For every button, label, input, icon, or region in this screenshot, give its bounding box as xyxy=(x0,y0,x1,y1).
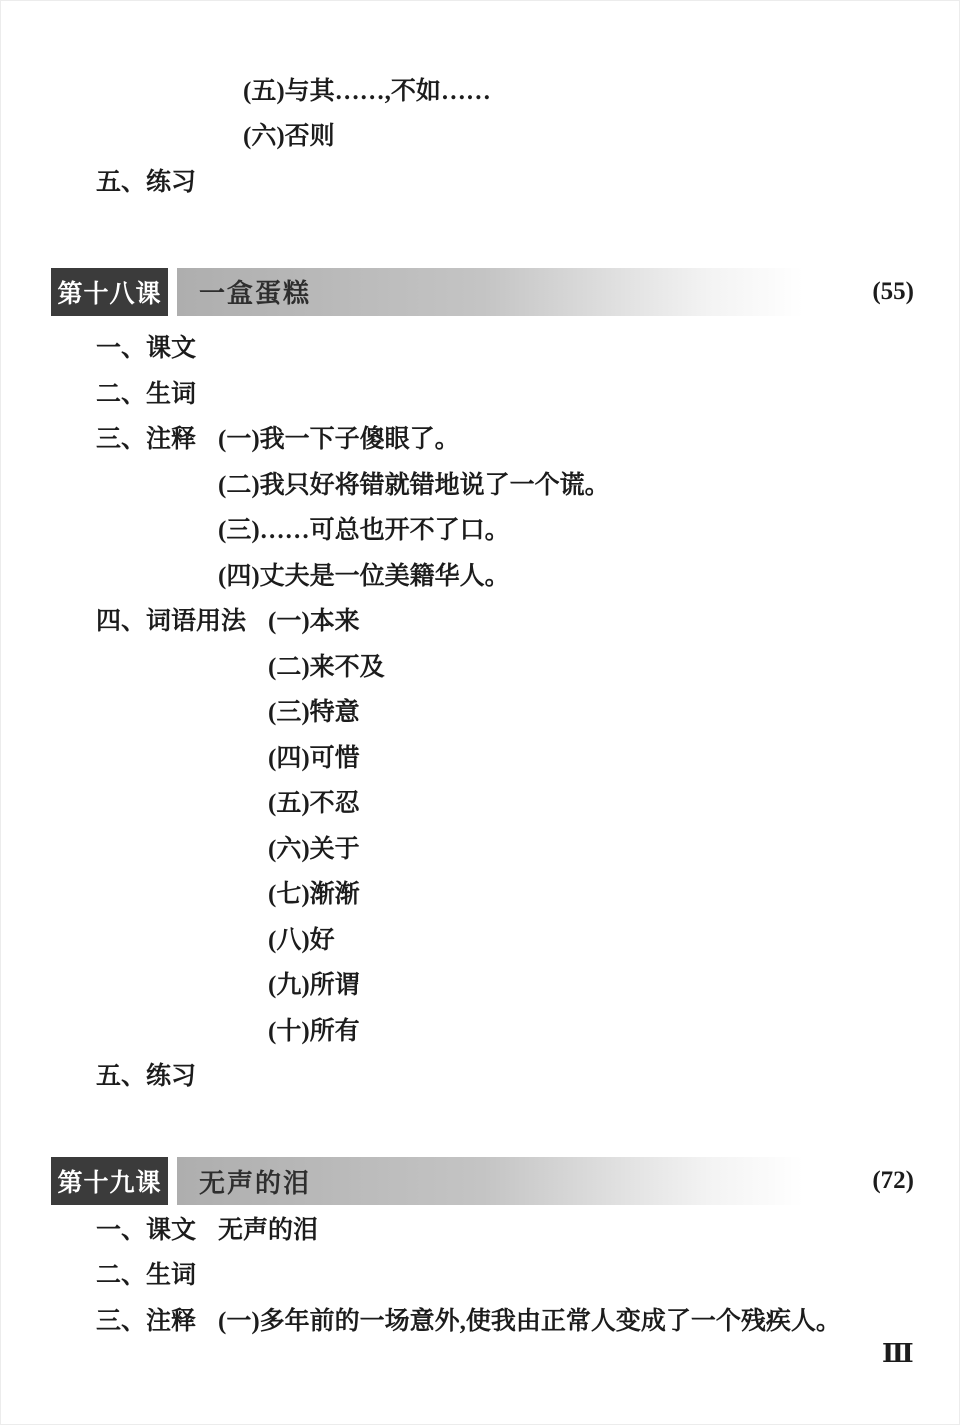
lesson18-title: 一盒蛋糕 xyxy=(199,273,311,310)
toc-page: (五)与其……,不如…… (六)否则 五、练习 第十八课 一盒蛋糕 (55) 一… xyxy=(0,0,960,1425)
notes-label: 三、注释 xyxy=(96,1301,218,1337)
toc-subentry: (三)特意 xyxy=(268,688,959,734)
toc-subentry: (四)丈夫是一位美籍华人。 xyxy=(218,551,959,597)
toc-subentry: (一)多年前的一场意外,使我由正常人变成了一个残疾人。 xyxy=(218,1301,841,1337)
toc-entry-text: 一、课文 xyxy=(96,324,959,370)
toc-subentry: (一)我一下子傻眼了。 xyxy=(218,419,460,455)
lesson19-text-title: 无声的泪 xyxy=(218,1210,318,1246)
toc-subentry: (二)来不及 xyxy=(268,642,959,688)
toc-subentry: (十)所有 xyxy=(268,1006,959,1052)
lesson18-header: 第十八课 一盒蛋糕 (55) xyxy=(1,268,959,316)
toc-entry-notes: 三、注释 (一)多年前的一场意外,使我由正常人变成了一个残疾人。 xyxy=(96,1296,959,1342)
toc-subentry: (八)好 xyxy=(268,915,959,961)
lesson19-entries: 一、课文 无声的泪 二、生词 三、注释 (一)多年前的一场意外,使我由正常人变成… xyxy=(1,1205,959,1342)
toc-subentry: (五)不忍 xyxy=(268,779,959,825)
lesson18-number-badge: 第十八课 xyxy=(51,268,168,316)
toc-subentry: (五)与其……,不如…… xyxy=(243,66,959,112)
lesson18-entries: 一、课文 二、生词 三、注释 (一)我一下子傻眼了。 (二)我只好将错就错地说了… xyxy=(1,316,959,1098)
toc-subentry: (九)所谓 xyxy=(268,961,959,1007)
toc-entry-usage: 四、词语用法 (一)本来 xyxy=(96,597,959,643)
toc-subentry: (七)渐渐 xyxy=(268,870,959,916)
notes-label: 三、注释 xyxy=(96,419,218,455)
toc-subentry: (一)本来 xyxy=(268,601,360,637)
lesson19-title: 无声的泪 xyxy=(199,1163,311,1200)
lesson18-title-bar: 一盒蛋糕 xyxy=(177,268,858,316)
lesson19-number-badge: 第十九课 xyxy=(51,1157,168,1205)
toc-entry-notes: 三、注释 (一)我一下子傻眼了。 xyxy=(96,415,959,461)
toc-subentry: (二)我只好将错就错地说了一个谎。 xyxy=(218,460,959,506)
toc-subentry: (六)否则 xyxy=(243,112,959,158)
lesson18-page-ref: (55) xyxy=(872,278,914,306)
toc-entry-text: 一、课文 无声的泪 xyxy=(96,1205,959,1251)
toc-subentry: (六)关于 xyxy=(268,824,959,870)
page-number: Ⅲ xyxy=(882,1339,914,1369)
toc-entry-vocab: 二、生词 xyxy=(96,1251,959,1297)
lesson19-page-ref: (72) xyxy=(872,1167,914,1195)
text-label: 一、课文 xyxy=(96,1210,218,1246)
prev-lesson-tail: (五)与其……,不如…… (六)否则 五、练习 xyxy=(1,1,959,203)
toc-subentry: (三)……可总也开不了口。 xyxy=(218,506,959,552)
usage-label: 四、词语用法 xyxy=(96,601,268,637)
lesson19-header: 第十九课 无声的泪 (72) xyxy=(1,1157,959,1205)
lesson19-title-bar: 无声的泪 xyxy=(177,1157,858,1205)
toc-entry-vocab: 二、生词 xyxy=(96,369,959,415)
toc-entry-exercise: 五、练习 xyxy=(96,157,959,203)
toc-subentry: (四)可惜 xyxy=(268,733,959,779)
toc-entry-exercise: 五、练习 xyxy=(96,1052,959,1098)
